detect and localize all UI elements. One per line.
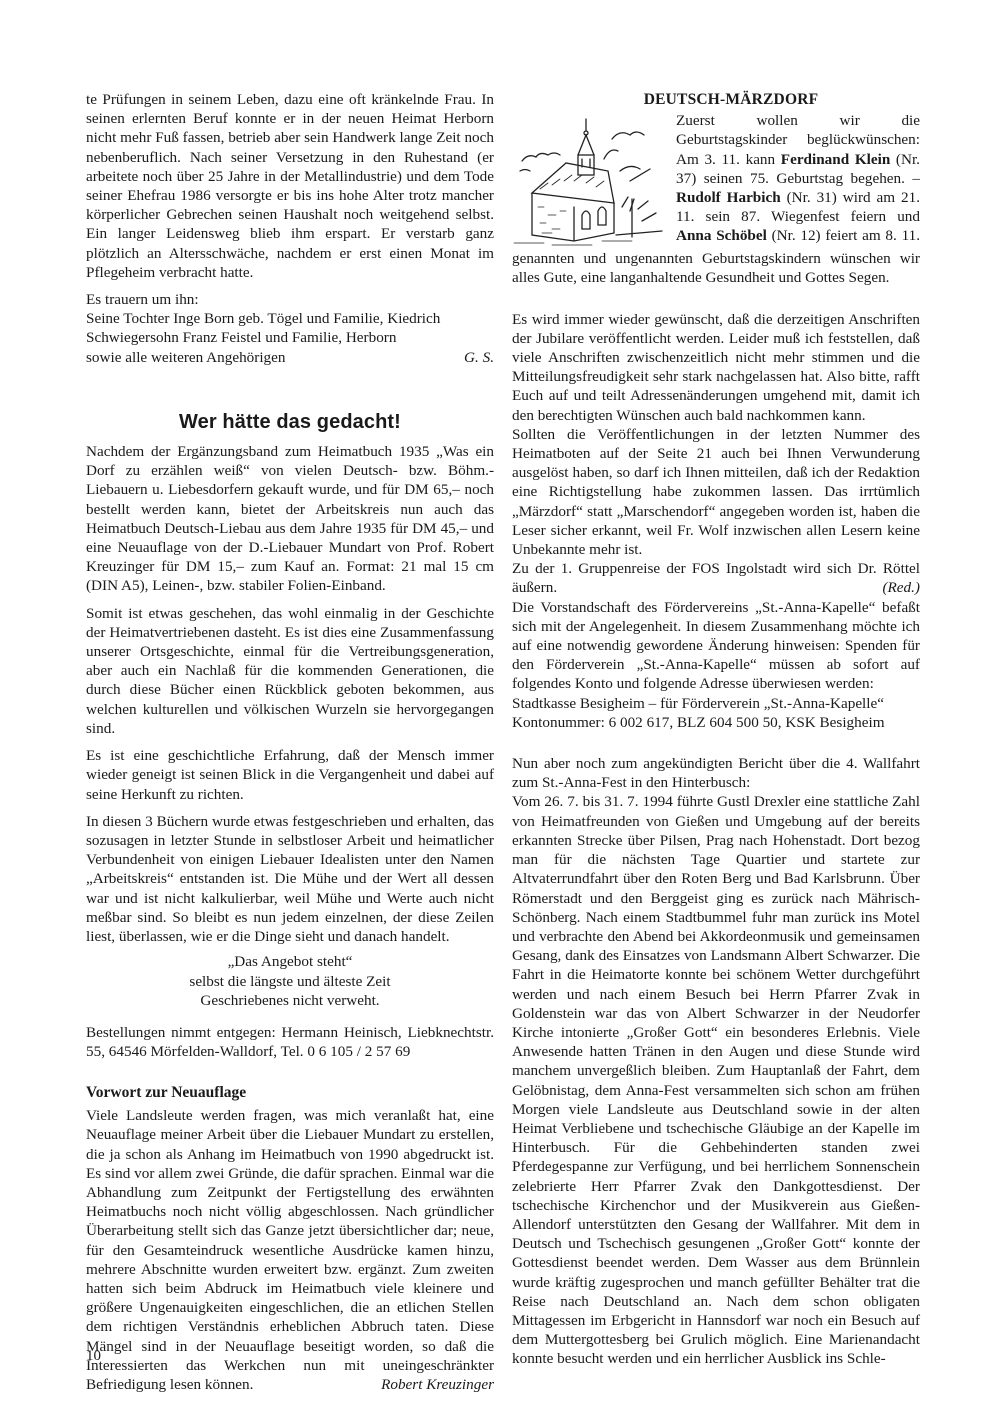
right-column: DEUTSCH-MÄRZDORF	[512, 90, 920, 1369]
birthday-text-top: Zuerst wollen wir die Geburtstagskinder …	[676, 111, 920, 249]
celebrant-name: Rudolf Harbich	[676, 189, 781, 206]
birthday-wishes: genannten und ungenannten Geburtstagskin…	[512, 249, 920, 287]
poem-line: „Das Angebot steht“	[86, 952, 494, 972]
obituary-paragraph: te Prüfungen in seinem Leben, dazu eine …	[86, 90, 494, 282]
mourners-intro: Es trauern um ihn:	[86, 290, 494, 309]
article-paragraph: Es ist eine geschichtliche Erfahrung, da…	[86, 746, 494, 804]
mourners-block: Es trauern um ihn: Seine Tochter Inge Bo…	[86, 290, 494, 367]
mourner-signature-row: sowie alle weiteren Angehörigen G. S.	[86, 348, 494, 367]
bank-line: Stadtkasse Besigheim – für Förderverein …	[512, 694, 920, 713]
pilgrimage-report: Vom 26. 7. bis 31. 7. 1994 führte Gustl …	[512, 792, 920, 1368]
celebrant-name: Anna Schöbel	[676, 227, 767, 244]
foreword-author: Robert Kreuzinger	[381, 1375, 494, 1394]
obituary-signature: G. S.	[464, 348, 494, 367]
page-number: 10	[86, 1348, 101, 1365]
article-paragraph: Somit ist etwas geschehen, das wohl einm…	[86, 604, 494, 738]
group-trip-signature: (Red.)	[882, 578, 920, 597]
mourner-line: Schwiegersohn Franz Feistel und Familie,…	[86, 328, 494, 347]
mourner-line: Seine Tochter Inge Born geb. Tögel und F…	[86, 309, 494, 328]
group-trip: Zu der 1. Gruppenreise der FOS Ingolstad…	[512, 559, 920, 597]
article-paragraph: In diesen 3 Büchern wurde etwas festgesc…	[86, 812, 494, 946]
celebrant-name: Ferdinand Klein	[781, 151, 890, 168]
church-illustration-icon	[512, 111, 672, 249]
foreword-text: Viele Landsleute werden fragen, was mich…	[86, 1107, 494, 1393]
poem-line: selbst die längste und älteste Zeit	[86, 972, 494, 992]
mourner-line: sowie alle weiteren Angehörigen	[86, 348, 285, 367]
bank-line: Kontonummer: 6 002 617, BLZ 604 500 50, …	[512, 713, 920, 732]
article-paragraph: Nachdem der Ergänzungsband zum Heimatbuc…	[86, 442, 494, 596]
addresses-paragraph: Es wird immer wieder gewünscht, daß die …	[512, 310, 920, 425]
left-column: te Prüfungen in seinem Leben, dazu eine …	[86, 90, 494, 1394]
group-trip-text: Zu der 1. Gruppenreise der FOS Ingolstad…	[512, 560, 920, 596]
pilgrimage-intro: Nun aber noch zum angekündigten Bericht …	[512, 754, 920, 792]
association-paragraph: Die Vorstandschaft des Fördervereins „St…	[512, 598, 920, 694]
correction-paragraph: Sollten die Veröffentlichungen in der le…	[512, 425, 920, 559]
article-headline: Wer hätte das gedacht!	[86, 413, 494, 432]
poem-line: Geschriebenes nicht verweht.	[86, 991, 494, 1011]
birthday-block: Zuerst wollen wir die Geburtstagskinder …	[512, 111, 920, 249]
foreword-paragraph: Viele Landsleute werden fragen, was mich…	[86, 1106, 494, 1394]
section-title: DEUTSCH-MÄRZDORF	[542, 90, 920, 109]
orders-contact: Bestellungen nimmt entgegen: Hermann Hei…	[86, 1023, 494, 1061]
poem: „Das Angebot steht“ selbst die längste u…	[86, 952, 494, 1011]
foreword-title: Vorwort zur Neuauflage	[86, 1083, 494, 1102]
